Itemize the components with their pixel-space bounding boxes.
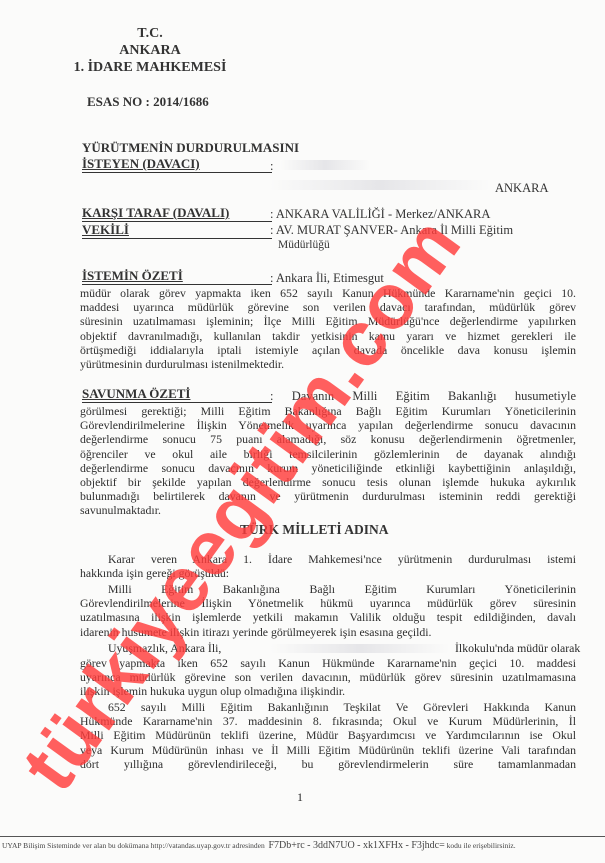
text-line: değerlendirme sonucu 75 puanı alamadığı,…	[80, 432, 576, 446]
text-line: Milli Eğitim Bakanlığına Bağlı Eğitim Ku…	[80, 582, 576, 596]
page-number: 1	[297, 790, 303, 805]
text-line: objektif bir şekilde yapılan değerlendir…	[80, 475, 576, 489]
redacted-davaci-address	[270, 180, 490, 190]
footer-verification: UYAP Bilişim Sisteminde ver alan bu dokü…	[2, 840, 516, 851]
savunma-ozeti-label: SAVUNMA ÖZETİ	[82, 386, 190, 402]
text-line: Karar veren Ankara 1. İdare Mahkemesi'nc…	[80, 552, 576, 566]
vekili-value-line1: : AV. MURAT ŞANVER- Ankara İl Milli Eğit…	[270, 223, 513, 238]
footer-suffix: kodu ile erişebilirsiniz.	[447, 841, 516, 850]
text-line: görülmesi gerektiği; Milli Eğitim Bakanl…	[80, 404, 576, 418]
vekili-underline	[82, 238, 272, 239]
redacted-school-name	[270, 644, 450, 653]
header-city: ANKARA	[0, 43, 300, 59]
redacted-davaci-name	[280, 160, 370, 170]
davaci-label-line2: İSTEYEN (DAVACI)	[82, 156, 200, 172]
davaci-colon: :	[270, 159, 273, 174]
text-line: savunulmaktadır.	[80, 503, 576, 517]
karar-title: TÜRK MİLLETİ ADINA	[240, 522, 389, 538]
karar-paragraph-2: Milli Eğitim Bakanlığına Bağlı Eğitim Ku…	[80, 582, 576, 639]
text-line: ilişkin işlemin hukuka uygun olup olmadı…	[80, 684, 576, 698]
vekili-value-line2: Müdürlüğü	[278, 239, 330, 251]
text-line: bulunmadığı belirtilerek davanın ve yürü…	[80, 489, 576, 503]
karar-paragraph-1: Karar veren Ankara 1. İdare Mahkemesi'nc…	[80, 552, 576, 580]
istemin-ozeti-first: : Ankara İli, Etimesgut	[270, 271, 384, 286]
text-line: Hükmünde Kararname'nin 37. maddesinin 8.…	[80, 714, 576, 728]
text-line: görev yapmakta iken 652 sayılı Kanun Hük…	[80, 656, 576, 670]
text-line: dört yıllığına görevlendirileceği, bu gö…	[80, 757, 576, 771]
karar-paragraph-4: 652 sayılı Milli Eğitim Bakanlığının Teş…	[80, 700, 576, 771]
text-line: müdür olarak görev yapmakta iken 652 say…	[80, 286, 576, 300]
karar-paragraph-3-first: Uyuşmazlık, Ankara İli,	[108, 641, 221, 656]
istemin-ozeti-underline	[82, 284, 272, 285]
text-line: maddesi uyarınca müdürlük görevine son v…	[80, 300, 576, 314]
davaci-label-line1: YÜRÜTMENİN DURDURULMASINI	[82, 140, 299, 156]
header-court: 1. İDARE MAHKEMESİ	[0, 60, 300, 76]
text-line: uzatılmasına ilişkin işlemlerde yetkili …	[80, 610, 576, 624]
court-document-page: T.C. ANKARA 1. İDARE MAHKEMESİ ESAS NO :…	[0, 0, 605, 863]
karar-paragraph-3-first-right: İlkokulu'nda müdür olarak	[455, 641, 580, 656]
text-line: objektif davranılmadığı, kullanılan takd…	[80, 329, 576, 343]
savunma-ozeti-underline	[82, 402, 272, 403]
istemin-ozeti-label: İSTEMİN ÖZETİ	[82, 268, 183, 284]
davali-value: : ANKARA VALİLİĞİ - Merkez/ANKARA	[270, 207, 490, 222]
davali-label: KARŞI TARAF (DAVALI)	[82, 205, 229, 221]
istemin-ozeti-body: müdür olarak görev yapmakta iken 652 say…	[80, 286, 576, 371]
karar-paragraph-3: görev yapmakta iken 652 sayılı Kanun Hük…	[80, 656, 576, 699]
savunma-ozeti-body: görülmesi gerektiği; Milli Eğitim Bakanl…	[80, 404, 576, 518]
text-line: değerlendirme sonucu davacının kurum yön…	[80, 461, 576, 475]
davaci-underline	[82, 172, 272, 173]
text-line: Görevlendirilmelerine İlişkin Yönetmelik…	[80, 596, 576, 610]
davaci-city: ANKARA	[495, 181, 548, 196]
text-line: yürütmesinin durdurulması istenilmektedi…	[80, 357, 576, 371]
text-line: idarenin husumete ilişkin itirazı yerind…	[80, 625, 576, 639]
vekili-label: VEKİLİ	[82, 222, 129, 238]
text-line: hakkında işin gereği görüşüldü:	[80, 566, 576, 580]
footer-text: UYAP Bilişim Sisteminde ver alan bu dokü…	[2, 841, 265, 850]
text-line: Milli Eğitim Müdürünün teklifi üzerine, …	[80, 728, 576, 742]
text-line: veya Kurum Müdürünün inhası ve İl Milli …	[80, 743, 576, 757]
savunma-ozeti-first: : Davanın Milli Eğitim Bakanlığı husumet…	[270, 389, 576, 404]
esas-no: ESAS NO : 2014/1686	[87, 94, 209, 110]
footer-code: F7Db+rc - 3ddN7UO - xk1XFHx - F3jhdc=	[268, 840, 444, 851]
text-line: süresinin uzatılmaması işleminin; İlçe M…	[80, 314, 576, 328]
header-tc: T.C.	[0, 26, 300, 42]
text-line: öğrenciler ve okul aile birliği temsilci…	[80, 447, 576, 461]
text-line: uyarınca müdürlük görevine son verilen d…	[80, 670, 576, 684]
text-line: Görevlendirilmelerine İlişkin Yönetmelik…	[80, 418, 576, 432]
text-line: 652 sayılı Milli Eğitim Bakanlığının Teş…	[80, 700, 576, 714]
text-line: örtüşmediği iddialarıyla iptali istemiyl…	[80, 343, 576, 357]
footer-divider	[0, 836, 605, 837]
